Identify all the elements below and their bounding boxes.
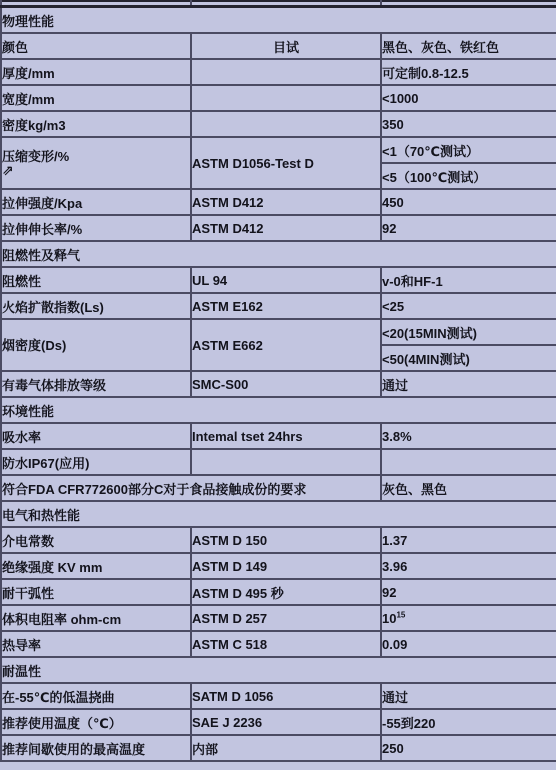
value-cell: 可定制0.8-12.5	[381, 59, 556, 85]
table-row: 绝缘强度 KV mmASTM D 1493.96	[1, 553, 556, 579]
property-name-text: 压缩变形/%	[2, 149, 190, 164]
property-name-cell: 压缩变形/%⇗	[1, 137, 191, 189]
test-method-cell: ASTM C 518	[191, 631, 381, 657]
datasheet-page: 物理性能颜色目试黑色、灰色、铁红色厚度/mm可定制0.8-12.5宽度/mm<1…	[0, 0, 556, 770]
table-row: 拉伸伸长率/%ASTM D41292	[1, 215, 556, 241]
property-name-cell: 颜色	[1, 33, 191, 59]
property-name-cell: 介电常数	[1, 527, 191, 553]
test-method-cell: ASTM D 150	[191, 527, 381, 553]
value-cell: -55到220	[381, 709, 556, 735]
spec-table: 物理性能颜色目试黑色、灰色、铁红色厚度/mm可定制0.8-12.5宽度/mm<1…	[0, 0, 556, 762]
table-row: 防水IP67(应用)	[1, 449, 556, 475]
property-name-text: 烟密度(Ds)	[2, 338, 190, 353]
test-method-cell: 目试	[191, 33, 381, 59]
table-row: 火焰扩散指数(Ls)ASTM E162<25	[1, 293, 556, 319]
property-name-cell: 热导率	[1, 631, 191, 657]
test-method-cell: SMC-S00	[191, 371, 381, 397]
test-method-cell	[191, 111, 381, 137]
value-cell: 黑色、灰色、铁红色	[381, 33, 556, 59]
property-name-cell: 绝缘强度 KV mm	[1, 553, 191, 579]
table-row: 压缩变形/%⇗ASTM D1056-Test D<1（70℃测试）	[1, 137, 556, 163]
test-method-cell: SATM D 1056	[191, 683, 381, 709]
value-cell: 92	[381, 215, 556, 241]
test-method-cell: ASTM D 257	[191, 605, 381, 631]
test-method-cell: ASTM D412	[191, 189, 381, 215]
table-row: 热导率ASTM C 5180.09	[1, 631, 556, 657]
table-row: 有毒气体排放等级SMC-S00通过	[1, 371, 556, 397]
property-name-cell: 密度kg/m3	[1, 111, 191, 137]
table-row: 宽度/mm<1000	[1, 85, 556, 111]
property-name-cell: 防水IP67(应用)	[1, 449, 191, 475]
test-method-cell	[191, 85, 381, 111]
table-row: 推荐间歇使用的最高温度内部250	[1, 735, 556, 761]
property-name-cell: 阻燃性	[1, 267, 191, 293]
value-cell: 灰色、黑色	[381, 475, 556, 501]
table-row: 颜色目试黑色、灰色、铁红色	[1, 33, 556, 59]
section-header-row: 阻燃性及释气	[1, 241, 556, 267]
value-cell: <1（70℃测试）	[381, 137, 556, 163]
spec-table-body: 物理性能颜色目试黑色、灰色、铁红色厚度/mm可定制0.8-12.5宽度/mm<1…	[1, 1, 556, 761]
table-row: 推荐使用温度（℃）SAE J 2236-55到220	[1, 709, 556, 735]
property-name-cell: 火焰扩散指数(Ls)	[1, 293, 191, 319]
table-row: 耐干弧性ASTM D 495 秒92	[1, 579, 556, 605]
property-name-cell: 有毒气体排放等级	[1, 371, 191, 397]
test-method-cell: Intemal tset 24hrs	[191, 423, 381, 449]
value-cell: <5（100℃测试）	[381, 163, 556, 189]
property-name-cell: 符合FDA CFR772600部分C对于食品接触成份的要求	[1, 475, 381, 501]
table-row: 拉伸强度/KpaASTM D412450	[1, 189, 556, 215]
table-row: 介电常数ASTM D 1501.37	[1, 527, 556, 553]
value-cell: 3.96	[381, 553, 556, 579]
test-method-cell: UL 94	[191, 267, 381, 293]
section-header-row: 环境性能	[1, 397, 556, 423]
section-title: 耐温性	[1, 657, 556, 683]
property-name-cell: 拉伸伸长率/%	[1, 215, 191, 241]
property-name-cell: 宽度/mm	[1, 85, 191, 111]
value-cell: 450	[381, 189, 556, 215]
value-cell: 250	[381, 735, 556, 761]
value-cell: 1.37	[381, 527, 556, 553]
property-name-cell: 烟密度(Ds)	[1, 319, 191, 371]
test-method-cell: 内部	[191, 735, 381, 761]
property-name-cell: 拉伸强度/Kpa	[1, 189, 191, 215]
value-cell	[381, 449, 556, 475]
table-row: 阻燃性UL 94v-0和HF-1	[1, 267, 556, 293]
test-method-cell: ASTM D1056-Test D	[191, 137, 381, 189]
value-cell: 92	[381, 579, 556, 605]
value-cell: 3.8%	[381, 423, 556, 449]
test-method-cell: SAE J 2236	[191, 709, 381, 735]
value-cell: <1000	[381, 85, 556, 111]
table-row: 吸水率Intemal tset 24hrs3.8%	[1, 423, 556, 449]
value-cell: 通过	[381, 683, 556, 709]
value-cell: <25	[381, 293, 556, 319]
test-method-cell: ASTM D 495 秒	[191, 579, 381, 605]
value-cell: 通过	[381, 371, 556, 397]
test-method-cell	[191, 449, 381, 475]
value-base-text: 10	[382, 611, 396, 626]
property-name-cell: 耐干弧性	[1, 579, 191, 605]
section-title: 阻燃性及释气	[1, 241, 556, 267]
table-row: 厚度/mm可定制0.8-12.5	[1, 59, 556, 85]
value-cell: 350	[381, 111, 556, 137]
test-method-cell: ASTM D412	[191, 215, 381, 241]
property-name-cell: 在-55℃的低温挠曲	[1, 683, 191, 709]
table-row: 体积电阻率 ohm-cmASTM D 2571015	[1, 605, 556, 631]
property-name-cell: 推荐使用温度（℃）	[1, 709, 191, 735]
section-title: 电气和热性能	[1, 501, 556, 527]
value-cell: <50(4MIN测试)	[381, 345, 556, 371]
property-name-cell: 吸水率	[1, 423, 191, 449]
property-name-cell: 推荐间歇使用的最高温度	[1, 735, 191, 761]
value-cell: 0.09	[381, 631, 556, 657]
test-method-cell: ASTM D 149	[191, 553, 381, 579]
value-cell: v-0和HF-1	[381, 267, 556, 293]
property-name-cell: 厚度/mm	[1, 59, 191, 85]
section-header-row: 电气和热性能	[1, 501, 556, 527]
value-exponent: 15	[396, 610, 405, 619]
table-row: 烟密度(Ds)ASTM E662<20(15MIN测试)	[1, 319, 556, 345]
test-method-cell: ASTM E162	[191, 293, 381, 319]
property-name-cell: 体积电阻率 ohm-cm	[1, 605, 191, 631]
value-cell: <20(15MIN测试)	[381, 319, 556, 345]
section-header-row: 物理性能	[1, 7, 556, 34]
section-title: 物理性能	[1, 7, 556, 34]
test-method-cell	[191, 59, 381, 85]
table-row: 密度kg/m3350	[1, 111, 556, 137]
section-header-row: 耐温性	[1, 657, 556, 683]
table-row: 在-55℃的低温挠曲SATM D 1056通过	[1, 683, 556, 709]
value-cell: 1015	[381, 605, 556, 631]
test-method-cell: ASTM E662	[191, 319, 381, 371]
section-title: 环境性能	[1, 397, 556, 423]
stray-arrow-mark: ⇗	[2, 164, 190, 177]
table-row: 符合FDA CFR772600部分C对于食品接触成份的要求灰色、黑色	[1, 475, 556, 501]
